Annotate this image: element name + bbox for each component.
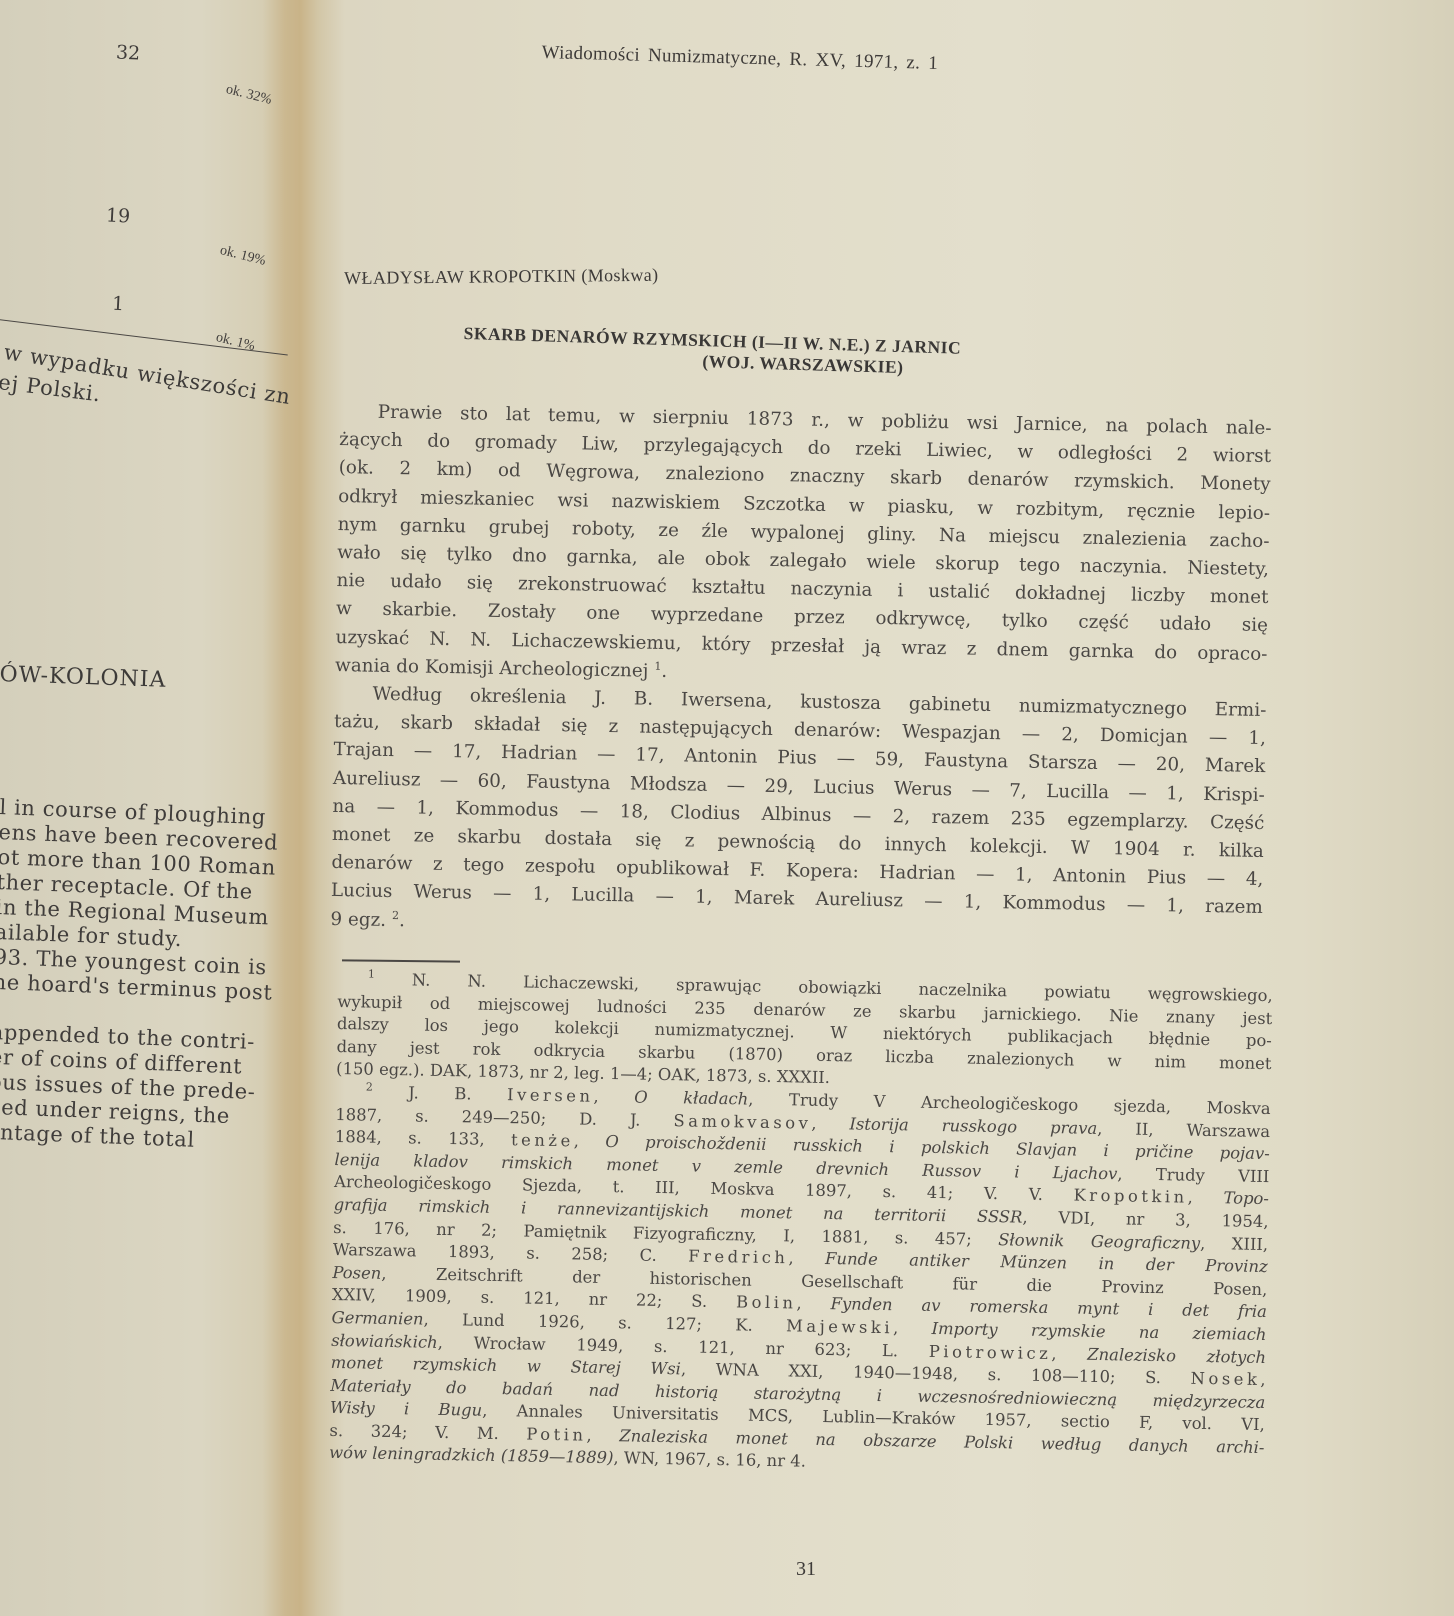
article-body: Prawie sto lat temu, w sierpniu 1873 r.,… (330, 398, 1272, 951)
paragraph: Według określenia J. B. Iwersena, kustos… (330, 680, 1266, 951)
right-page: Wiadomości Numizmatyczne, R. XV, 1971, z… (330, 0, 1454, 1616)
footnote-separator (342, 959, 460, 962)
footnote-ref[interactable]: 1 (654, 660, 661, 673)
table-percent: ok. 1% (214, 330, 256, 355)
article-title: SKARB DENARÓW RZYMSKICH (I—II W. N.E.) Z… (463, 323, 1144, 385)
left-body-text: l in course of ploughing ens have been r… (0, 795, 280, 1155)
page-number: 31 (796, 1558, 816, 1581)
book-spread: 32 ok. 32% 19 ok. 19% 1 ok. 1% w wypadku… (0, 0, 1454, 1616)
table-value: 32 (115, 41, 140, 64)
footnotes: 1 N. N. Lichaczewski, sprawując obowiązk… (329, 968, 1273, 1482)
article-author: WŁADYSŁAW KROPOTKIN (Moskwa) (344, 265, 659, 289)
table-percent: ok. 19% (218, 243, 267, 270)
table-value: 1 (111, 293, 124, 316)
footnote-marker: 1 (368, 968, 375, 981)
table-percent: ok. 32% (224, 82, 273, 109)
footnote-ref[interactable]: 2 (392, 909, 399, 922)
running-head: Wiadomości Numizmatyczne, R. XV, 1971, z… (541, 42, 938, 75)
footnote-marker: 2 (366, 1080, 373, 1093)
paragraph: Prawie sto lat temu, w sierpniu 1873 r.,… (335, 398, 1272, 697)
table-value: 19 (105, 204, 130, 227)
left-section-heading: ÓW-KOLONIA (0, 662, 167, 693)
left-page: 32 ok. 32% 19 ok. 19% 1 ok. 1% w wypadku… (0, 0, 290, 1616)
